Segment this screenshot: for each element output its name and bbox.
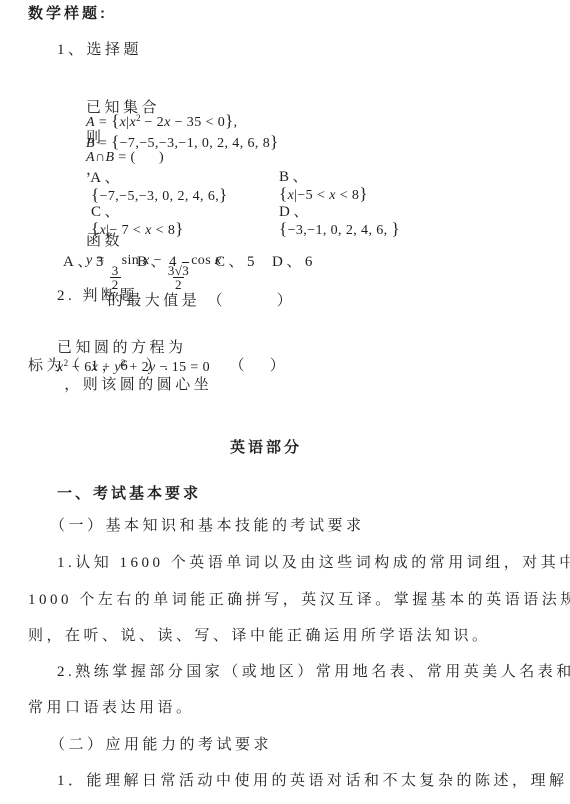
answer-choice-a: A、3 bbox=[63, 253, 107, 272]
english-section-title: 英语部分 bbox=[0, 439, 532, 458]
math-section-title: 数学样题: bbox=[28, 5, 108, 24]
answer-choice-b: B、4 bbox=[137, 253, 180, 272]
english-p3-line1: 1．能理解日常活动中使用的英语对话和不太复杂的陈述，理解 bbox=[57, 772, 568, 791]
english-p1-line3: 则，在听、说、读、写、译中能正确运用所学语法知识。 bbox=[28, 627, 491, 646]
english-p2-line1: 2.熟练掌握部分国家（或地区）常用地名表、常用英美人名表和 bbox=[57, 663, 570, 682]
q2-line1-suffix: ，则该圆的圆心坐 bbox=[57, 377, 212, 393]
english-heading-1: 一、考试基本要求 bbox=[57, 485, 201, 504]
q1-then-prefix: 则 bbox=[86, 130, 112, 146]
q2-label: 2. 判断题 bbox=[57, 287, 138, 306]
q1-label: 1、选择题 bbox=[57, 41, 142, 60]
q2-line1-prefix: 已知圆的方程为 bbox=[57, 340, 201, 356]
document-page: 数学样题: 1、选择题 已知集合 A = {x|x2 − 2x − 35 < 0… bbox=[0, 0, 570, 804]
english-p2-line2: 常用口语表达用语。 bbox=[28, 699, 195, 718]
answer-choice-c: C、5 bbox=[215, 253, 258, 272]
q2-line2: 标为（ 1，6 ）. （ ） bbox=[28, 357, 288, 376]
option-b-label: B、 bbox=[279, 169, 311, 185]
english-p1-line2: 1000 个左右的单词能正确拼写，英汉互译。掌握基本的英语语法规 bbox=[28, 591, 570, 610]
english-subheading-1: （一）基本知识和基本技能的考试要求 bbox=[50, 517, 365, 536]
answer-choice-d: D、6 bbox=[272, 253, 316, 272]
function-prefix: 函数 bbox=[86, 233, 123, 249]
formula-option-d: {−3,−1, 0, 2, 4, 6, } bbox=[279, 223, 400, 238]
english-p1-line1: 1.认知 1600 个英语单词以及由这些词构成的常用词组，对其中 bbox=[57, 554, 570, 573]
english-subheading-2: （二）应用能力的考试要求 bbox=[50, 736, 272, 755]
